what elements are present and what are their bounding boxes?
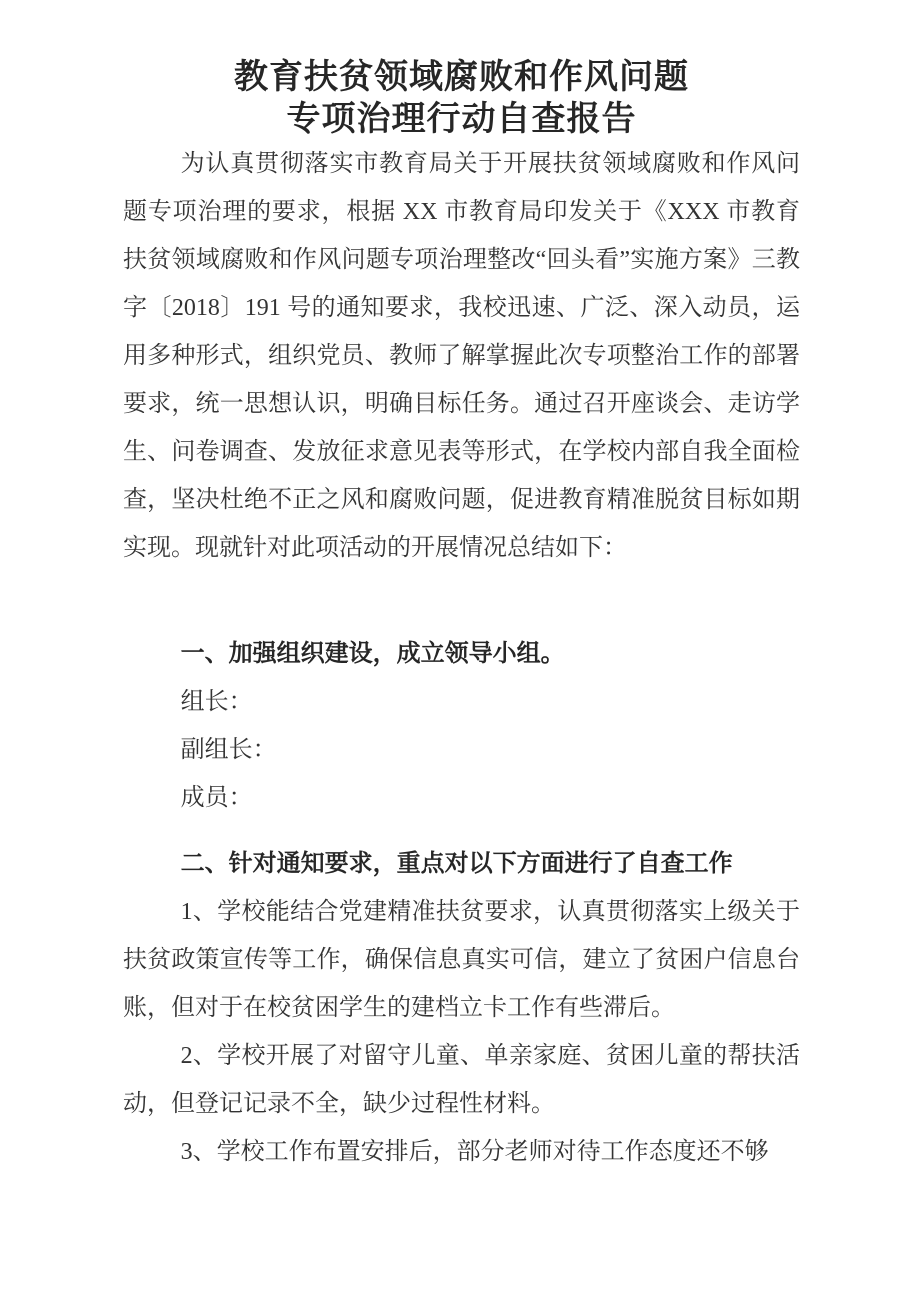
- role-line-deputy-leader: 副组长：: [123, 726, 800, 774]
- document-title: 教育扶贫领域腐败和作风问题 专项治理行动自查报告: [123, 56, 800, 140]
- role-line-members: 成员：: [123, 774, 800, 822]
- self-inspection-item-2: 2、学校开展了对留守儿童、单亲家庭、贫困儿童的帮扶活动，但登记记录不全，缺少过程…: [123, 1032, 800, 1128]
- document-title-line-2: 专项治理行动自查报告: [123, 98, 800, 140]
- self-inspection-item-1: 1、学校能结合党建精准扶贫要求，认真贯彻落实上级关于扶贫政策宣传等工作，确保信息…: [123, 888, 800, 1032]
- role-line-leader: 组长：: [123, 678, 800, 726]
- document-title-line-1: 教育扶贫领域腐败和作风问题: [123, 56, 800, 98]
- document-page: 教育扶贫领域腐败和作风问题 专项治理行动自查报告 为认真贯彻落实市教育局关于开展…: [0, 0, 920, 1302]
- intro-paragraph: 为认真贯彻落实市教育局关于开展扶贫领域腐败和作风问题专项治理的要求，根据 XX …: [123, 140, 800, 572]
- self-inspection-item-3: 3、学校工作布置安排后，部分老师对待工作态度还不够: [123, 1128, 800, 1176]
- document-body: 为认真贯彻落实市教育局关于开展扶贫领域腐败和作风问题专项治理的要求，根据 XX …: [123, 140, 800, 1176]
- section-one-heading: 一、加强组织建设，成立领导小组。: [123, 630, 800, 678]
- section-two-heading: 二、针对通知要求，重点对以下方面进行了自查工作: [123, 840, 800, 888]
